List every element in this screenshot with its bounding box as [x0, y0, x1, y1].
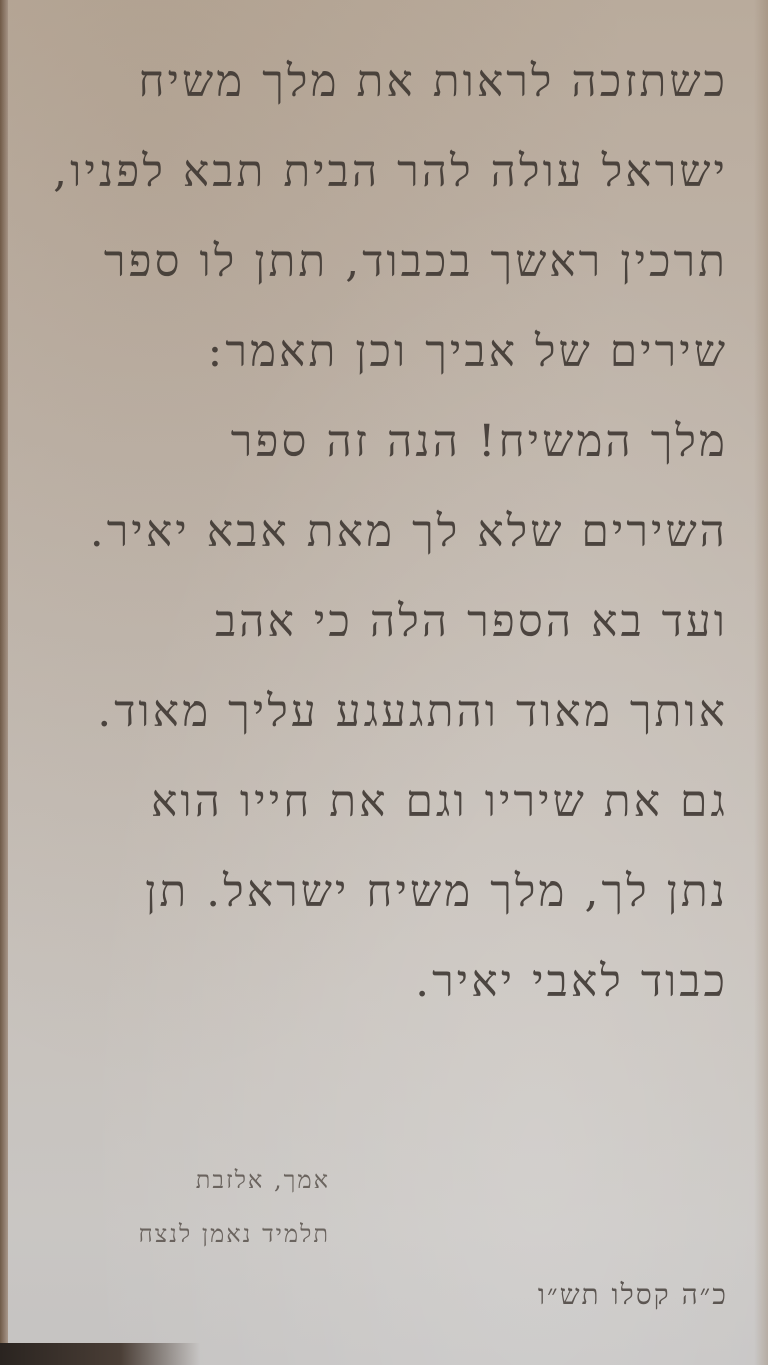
letter-line: שירים של אביך וכן תאמר: — [38, 322, 728, 412]
paper-right-edge — [754, 0, 768, 1365]
letter-line: כשתזכה לראות את מלך משיח — [38, 52, 728, 142]
letter-body: כשתזכה לראות את מלך משיח ישראל עולה להר … — [38, 52, 728, 1042]
letter-line: נתן לך, מלך משיח ישראל. תן — [38, 862, 728, 952]
letter-date: כ״ה קסלו תש״ו — [538, 1278, 728, 1312]
signature-block: אמך, אלזבת תלמיד נאמן לנצח — [30, 1160, 330, 1254]
letter-line: ועד בא הספר הלה כי אהב — [38, 592, 728, 682]
signature-name: אמך, אלזבת — [30, 1160, 330, 1200]
photo-of-handwritten-letter: כשתזכה לראות את מלך משיח ישראל עולה להר … — [0, 0, 768, 1365]
letter-line: מלך המשיח! הנה זה ספר — [38, 412, 728, 502]
letter-line: השירים שלא לך מאת אבא יאיר. — [38, 502, 728, 592]
paper-left-edge — [0, 0, 8, 1365]
letter-line: אותך מאוד והתגעגע עליך מאוד. — [38, 682, 728, 772]
table-shadow — [0, 1343, 200, 1365]
signature-title: תלמיד נאמן לנצח — [30, 1214, 330, 1254]
letter-line: גם את שיריו וגם את חייו הוא — [38, 772, 728, 862]
letter-line: כבוד לאבי יאיר. — [38, 952, 728, 1042]
letter-line: ישראל עולה להר הבית תבא לפניו, — [38, 142, 728, 232]
letter-line: תרכין ראשך בכבוד, תתן לו ספר — [38, 232, 728, 322]
